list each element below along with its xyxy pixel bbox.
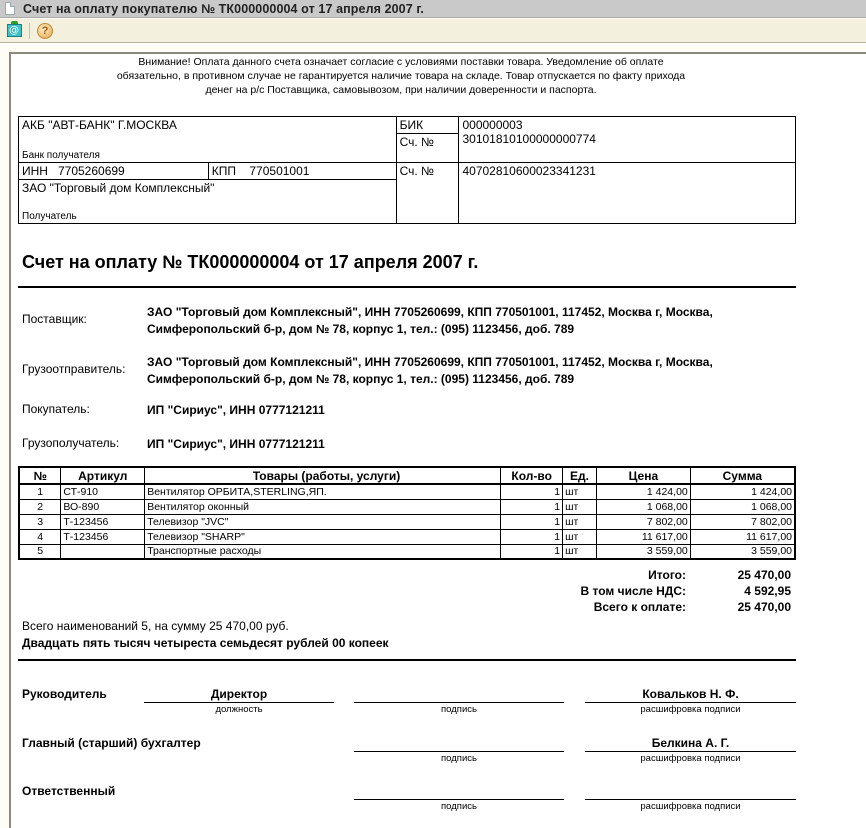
invoice-sheet: Внимание! Оплата данного счета означает … [9,52,866,828]
cell-unit: шт [563,484,597,499]
cell-goods: Телевизор "SHARP" [145,529,501,544]
kpp-label: КПП [212,164,236,178]
cell-number: 5 [19,544,61,559]
sig-line-name [585,751,796,752]
col-header-price: Цена [597,467,691,484]
cell-qty: 1 [501,499,563,514]
cell-sum: 11 617,00 [690,529,795,544]
amount-in-words: Двадцать пять тысяч четыреста семьдесят … [22,636,389,650]
cell-goods: Транспортные расходы [145,544,501,559]
party-value: ЗАО "Торговый дом Комплексный", ИНН 7705… [147,354,787,388]
account-value: 40702810600023341231 [459,163,796,224]
grand-total-value: 25 470,00 [686,600,791,616]
sig-caption-name: расшифровка подписи [585,801,796,812]
window-titlebar: Счет на оплату покупателю № ТК000000004 … [0,0,866,18]
bik-value: 000000003 [462,118,792,132]
cell-unit: шт [563,514,597,529]
cell-sku: Т-123456 [61,514,145,529]
vat-value: 4 592,95 [686,584,791,600]
totals-block: Итого:25 470,00 В том числе НДС:4 592,95… [461,568,791,616]
cell-number: 2 [19,499,61,514]
party-value: ИП "Сириус", ИНН 0777121211 [147,402,787,419]
send-email-button[interactable]: @ [5,22,23,40]
bank-label: Банк получателя [22,150,100,161]
cell-unit: шт [563,544,597,559]
bik-label: БИК [396,117,459,134]
table-row: 4Т-123456Телевизор "SHARP"1шт11 617,0011… [19,529,795,544]
cell-qty: 1 [501,484,563,499]
cell-number: 4 [19,529,61,544]
bank-name-cell: АКБ "АВТ-БАНК" Г.МОСКВА Банк получателя [19,117,397,163]
party-label: Грузополучатель: [22,436,147,453]
sig-role-director: Руководитель [22,687,107,701]
cell-price: 1 424,00 [597,484,691,499]
party-value: ЗАО "Торговый дом Комплексный", ИНН 7705… [147,304,787,338]
col-header-sum: Сумма [690,467,795,484]
cell-sku: ВО-890 [61,499,145,514]
cell-unit: шт [563,529,597,544]
cell-sum: 3 559,00 [690,544,795,559]
col-header-qty: Кол-во [501,467,563,484]
cell-goods: Вентилятор ОРБИТА,STERLING,ЯП. [145,484,501,499]
grand-total-label: Всего к оплате: [461,600,686,616]
cell-sku [61,544,145,559]
sig-line-position [144,702,334,703]
corr-account-value: 30101810100000000774 [462,132,792,146]
inn-value: 7705260699 [58,164,125,178]
table-row: 1СТ-910Вентилятор ОРБИТА,STERLING,ЯП.1шт… [19,484,795,499]
vat-row: В том числе НДС:4 592,95 [461,584,791,600]
toolbar: @ ? [0,19,866,43]
party-supplier: Поставщик: ЗАО "Торговый дом Комплексный… [22,304,787,338]
cell-goods: Телевизор "JVC" [145,514,501,529]
sig-line-signature [354,751,564,752]
bik-cell: 000000003 30101810100000000774 [459,117,796,163]
window-title: Счет на оплату покупателю № ТК000000004 … [23,2,424,16]
items-summary: Всего наименований 5, на сумму 25 470,00… [22,619,289,633]
sig-caption-signature: подпись [354,801,564,812]
recipient-name: ЗАО "Торговый дом Комплексный" [22,181,393,195]
total-row: Итого:25 470,00 [461,568,791,584]
col-header-goods: Товары (работы, услуги) [145,467,501,484]
toolbar-separator [29,23,30,39]
sig-role-responsible: Ответственный [22,784,115,798]
party-consignee: Грузополучатель: ИП "Сириус", ИНН 077712… [22,436,787,453]
cell-sum: 1 068,00 [690,499,795,514]
sig-caption-position: должность [144,704,334,715]
sig-name-value: Белкина А. Г. [585,736,796,750]
summary-divider [18,659,796,661]
sig-line-name [585,702,796,703]
cell-price: 7 802,00 [597,514,691,529]
sig-line-name [585,799,796,800]
help-button[interactable]: ? [36,22,54,40]
sig-role-accountant: Главный (старший) бухгалтер [22,736,201,750]
bank-name: АКБ "АВТ-БАНК" Г.МОСКВА [22,118,393,132]
document-title: Счет на оплату № ТК000000004 от 17 апрел… [22,252,478,273]
cell-price: 3 559,00 [597,544,691,559]
total-value: 25 470,00 [686,568,791,584]
kpp-value: 770501001 [249,164,309,178]
total-label: Итого: [461,568,686,584]
title-divider [18,286,796,288]
inn-label: ИНН [22,164,48,178]
cell-sku: Т-123456 [61,529,145,544]
corr-account-label: Сч. № [396,134,459,163]
col-header-number: № [19,467,61,484]
recipient-cell: ЗАО "Торговый дом Комплексный" Получател… [19,180,397,224]
table-row: 3Т-123456Телевизор "JVC"1шт7 802,007 802… [19,514,795,529]
cell-qty: 1 [501,544,563,559]
party-buyer: Покупатель: ИП "Сириус", ИНН 0777121211 [22,402,787,419]
cell-price: 11 617,00 [597,529,691,544]
cell-qty: 1 [501,529,563,544]
sig-line-signature [354,799,564,800]
table-row: 2ВО-890Вентилятор оконный1шт1 068,001 06… [19,499,795,514]
vat-label: В том числе НДС: [461,584,686,600]
cell-sku: СТ-910 [61,484,145,499]
cell-sum: 1 424,00 [690,484,795,499]
party-label: Покупатель: [22,402,147,419]
cell-number: 3 [19,514,61,529]
items-table: № Артикул Товары (работы, услуги) Кол-во… [18,466,796,560]
cell-qty: 1 [501,514,563,529]
payment-notice: Внимание! Оплата данного счета означает … [111,55,691,97]
col-header-sku: Артикул [61,467,145,484]
items-header-row: № Артикул Товары (работы, услуги) Кол-во… [19,467,795,484]
cell-goods: Вентилятор оконный [145,499,501,514]
cell-sum: 7 802,00 [690,514,795,529]
help-icon: ? [37,23,53,39]
document-viewport: Внимание! Оплата данного счета означает … [0,44,866,828]
sig-caption-name: расшифровка подписи [585,753,796,764]
sig-caption-signature: подпись [354,704,564,715]
sig-position-value: Директор [144,687,334,701]
sig-caption-signature: подпись [354,753,564,764]
document-icon [5,2,15,15]
cell-price: 1 068,00 [597,499,691,514]
party-shipper: Грузоотправитель: ЗАО "Торговый дом Комп… [22,354,787,388]
party-label: Грузоотправитель: [22,354,147,388]
table-row: 5Транспортные расходы1шт3 559,003 559,00 [19,544,795,559]
bank-details-table: АКБ "АВТ-БАНК" Г.МОСКВА Банк получателя … [18,116,796,224]
sig-caption-name: расшифровка подписи [585,704,796,715]
party-label: Поставщик: [22,304,147,338]
email-icon: @ [7,24,22,37]
inn-cell: ИНН 7705260699 [19,163,209,180]
cell-unit: шт [563,499,597,514]
sig-name-value: Ковальков Н. Ф. [585,687,796,701]
cell-number: 1 [19,484,61,499]
account-label: Сч. № [396,163,459,224]
grand-total-row: Всего к оплате:25 470,00 [461,600,791,616]
recipient-label: Получатель [22,211,77,222]
col-header-unit: Ед. [563,467,597,484]
party-value: ИП "Сириус", ИНН 0777121211 [147,436,787,453]
kpp-cell: КПП 770501001 [208,163,396,180]
sig-line-signature [354,702,564,703]
